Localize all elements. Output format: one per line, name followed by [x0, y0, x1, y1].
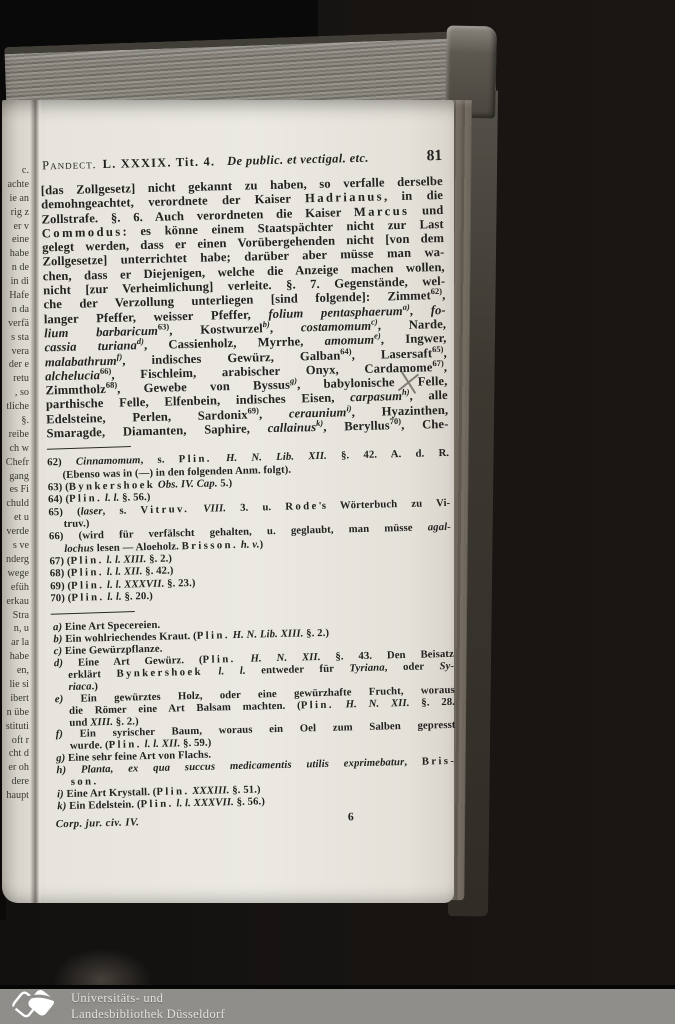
signature-mark: Corp. jur. civ. IV.: [56, 816, 140, 830]
pencil-x-mark-icon: [396, 366, 422, 398]
left-page-text-fragment: tliche: [2, 400, 29, 414]
left-page-text-fragment: habe: [2, 650, 29, 664]
left-page-text-fragment: §.: [2, 414, 29, 428]
left-page-text-fragment: verfä: [2, 317, 29, 331]
footnotes-numbered: 62) Cinnamomum, s. Plin. H. N. Lib. XII.…: [47, 447, 452, 605]
printed-content: Pandect. L. XXXIX. Tit. 4. De public. et…: [40, 147, 458, 830]
left-page-text-fragment: n da: [2, 303, 29, 317]
left-page-text-fragment: n, u: [2, 622, 29, 636]
library-banner: Universitäts- und Landesbibliothek Düsse…: [0, 985, 675, 1024]
left-page-text-fragment: lie si: [2, 678, 29, 692]
left-page-text-fragment: es Fi: [2, 483, 29, 497]
running-title-work: Pandect.: [42, 157, 97, 173]
left-page-text-fragment: haupt: [2, 789, 29, 803]
left-page-text-fragment: eine: [2, 233, 29, 247]
left-page-text-fragment: retu: [2, 372, 29, 386]
footnotes-lettered: a) Eine Art Specereien.b) Ein wohlrieche…: [51, 613, 457, 813]
left-page-text-fragment: Stra: [2, 609, 29, 623]
page-number: 81: [426, 147, 442, 165]
left-page-text-fragment: ch w: [2, 442, 29, 456]
left-page-text-fragment: Chefr: [2, 456, 29, 470]
left-page-text-fragment: er v: [2, 220, 29, 234]
left-page-text-fragment: habe: [2, 247, 29, 261]
left-page-text-fragment: cht d: [2, 747, 29, 761]
left-page-text-fragment: erkau: [2, 595, 29, 609]
left-page-text-fragment: n übe: [2, 706, 29, 720]
left-page-text-fragment: wege: [2, 567, 29, 581]
library-name-line1: Universitäts- und: [71, 991, 225, 1007]
left-page-text-fragment: er oh: [2, 761, 29, 775]
left-page-text-fragment: achte: [2, 178, 29, 192]
left-page-text-fragment: oft r: [2, 734, 29, 748]
library-name: Universitäts- und Landesbibliothek Düsse…: [71, 991, 225, 1022]
left-page-text-fragment: nderg: [2, 553, 29, 567]
left-page-edge: c.achteie anrig zer veinehaben dein diHa…: [2, 164, 29, 888]
left-page-text-fragment: vera: [2, 345, 29, 359]
footnote-separator-2: [51, 611, 135, 615]
left-page-text-fragment: , so: [2, 386, 29, 400]
left-page-text-fragment: efüh: [2, 581, 29, 595]
left-page-text-fragment: s sta: [2, 331, 29, 345]
sheet-number: 6: [348, 811, 354, 823]
left-page-text-fragment: s ve: [2, 539, 29, 553]
page-gutter-shadow: [30, 100, 42, 903]
left-page-text-fragment: gang: [2, 470, 29, 484]
left-page-text-fragment: der e: [2, 358, 29, 372]
left-page-text-fragment: ibert: [2, 692, 29, 706]
running-title-latin: De public. et vectigal. etc.: [227, 151, 369, 169]
left-page-text-fragment: reibe: [2, 428, 29, 442]
library-name-line2: Landesbibliothek Düsseldorf: [71, 1007, 225, 1023]
running-header: Pandect. L. XXXIX. Tit. 4. De public. et…: [42, 147, 442, 174]
left-page-text-fragment: en,: [2, 664, 29, 678]
left-page-text-fragment: rig z: [2, 206, 29, 220]
left-page-text-fragment: ie an: [2, 192, 29, 206]
running-title-book: L. XXXIX. Tit. 4.: [103, 154, 216, 172]
page-footer: Corp. jur. civ. IV. 6: [56, 809, 458, 830]
left-page-text-fragment: Hafe: [2, 289, 29, 303]
library-logo-icon: [7, 990, 61, 1023]
left-page-text-fragment: n de: [2, 261, 29, 275]
left-page-text-fragment: in di: [2, 275, 29, 289]
left-page-text-fragment: ar la: [2, 636, 29, 650]
book-page: c.achteie anrig zer veinehaben dein diHa…: [2, 100, 454, 903]
left-page-text-fragment: chuld: [2, 497, 29, 511]
left-page-text-fragment: dere: [2, 775, 29, 789]
left-page-text-fragment: c.: [2, 164, 29, 178]
left-page-text-fragment: stituti: [2, 720, 29, 734]
left-page-text-fragment: verde: [2, 525, 29, 539]
left-page-text-fragment: et u: [2, 511, 29, 525]
footnote-separator: [47, 446, 131, 450]
body-text: [das Zollgesetz] nicht gekannt zu haben,…: [41, 174, 449, 441]
paper-specks: [0, 0, 1, 1]
